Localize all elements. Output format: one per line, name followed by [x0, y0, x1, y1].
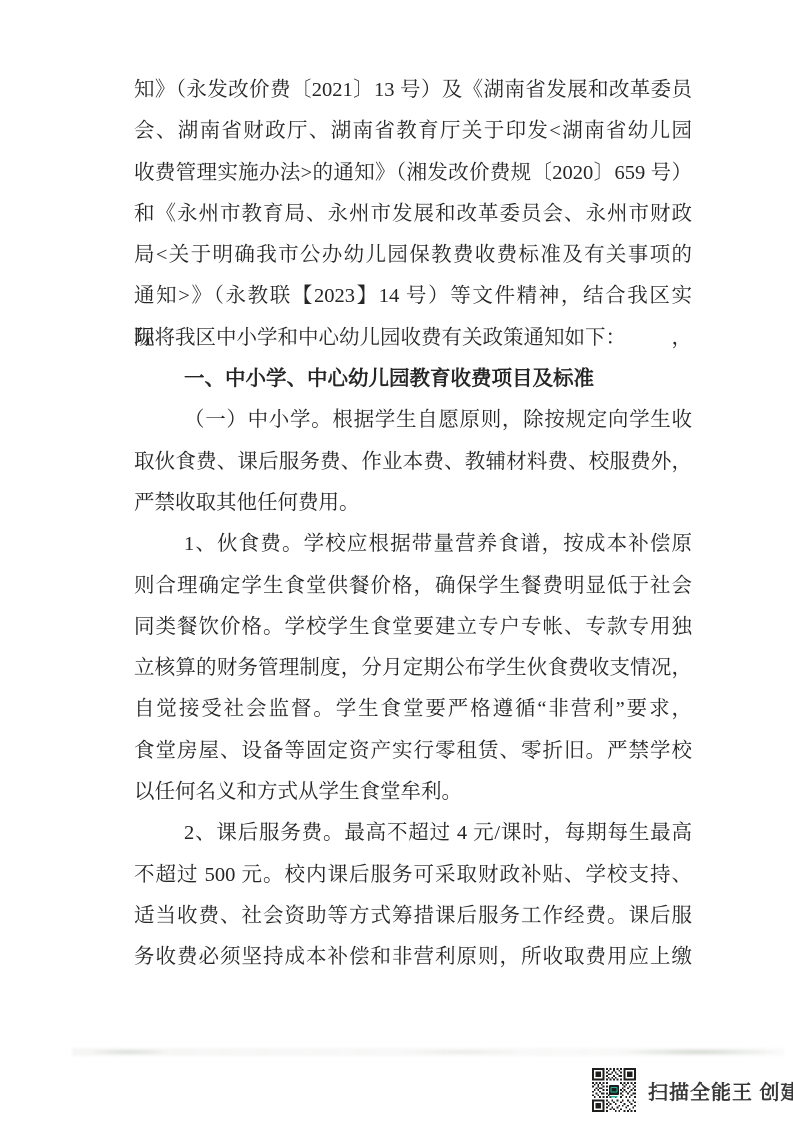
text-line: 务收费必须坚持成本补偿和非营利原则，所收取费用应上缴	[134, 937, 692, 978]
scan-smudge-artifact	[72, 1048, 784, 1056]
text-line: 收费管理实施办法>的通知》（湘发改价费规〔2020〕659 号）	[134, 153, 692, 194]
text-line: 则合理确定学生食堂供餐价格，确保学生餐费明显低于社会	[134, 566, 692, 607]
text-line: 立核算的财务管理制度，分月定期公布学生伙食费收支情况，	[134, 648, 692, 689]
section-heading: 一、中小学、中心幼儿园教育收费项目及标准	[134, 359, 692, 400]
text-line: 取伙食费、课后服务费、作业本费、教辅材料费、校服费外，	[134, 442, 692, 483]
text-line: 食堂房屋、设备等固定资产实行零租赁、零折旧。严禁学校	[134, 731, 692, 772]
text-line: 自觉接受社会监督。学生食堂要严格遵循“非营利”要求，	[134, 689, 692, 730]
text-line: 局<关于明确我市公办幼儿园保教费收费标准及有关事项的	[134, 235, 692, 276]
text-line: （一）中小学。根据学生自愿原则，除按规定向学生收	[134, 400, 692, 441]
text-line: 和《永州市教育局、永州市发展和改革委员会、永州市财政	[134, 194, 692, 235]
text-line: 严禁收取其他任何费用。	[134, 483, 692, 524]
text-line: 会、湖南省财政厅、湖南省教育厅关于印发<湖南省幼儿园	[134, 111, 692, 152]
text-line: 通知>》（永教联【2023】14 号）等文件精神，结合我区实际，	[134, 276, 692, 317]
text-line: 不超过 500 元。校内课后服务可采取财政补贴、学校支持、	[134, 855, 692, 896]
scanned-document-page: 知》（永发改价费〔2021〕13 号）及《湖南省发展和改革委员 会、湖南省财政厅…	[0, 0, 793, 1122]
text-line: 2、课后服务费。最高不超过 4 元/课时，每期每生最高	[134, 813, 692, 854]
qr-code-icon	[592, 1068, 636, 1112]
scanner-watermark-label: 扫描全能王 创建	[648, 1076, 793, 1105]
text-line: 适当收费、社会资助等方式筹措课后服务工作经费。课后服	[134, 896, 692, 937]
scanner-watermark: 扫描全能王 创建	[592, 1068, 793, 1112]
text-line: 1、伙食费。学校应根据带量营养食谱，按成本补偿原	[134, 524, 692, 565]
document-body: 知》（永发改价费〔2021〕13 号）及《湖南省发展和改革委员 会、湖南省财政厅…	[134, 70, 692, 979]
text-line: 同类餐饮价格。学校学生食堂要建立专户专帐、专款专用独	[134, 607, 692, 648]
text-line: 以任何名义和方式从学生食堂牟利。	[134, 772, 692, 813]
text-line: 知》（永发改价费〔2021〕13 号）及《湖南省发展和改革委员	[134, 70, 692, 111]
text-line: 现将我区中小学和中心幼儿园收费有关政策通知如下：	[134, 318, 692, 359]
